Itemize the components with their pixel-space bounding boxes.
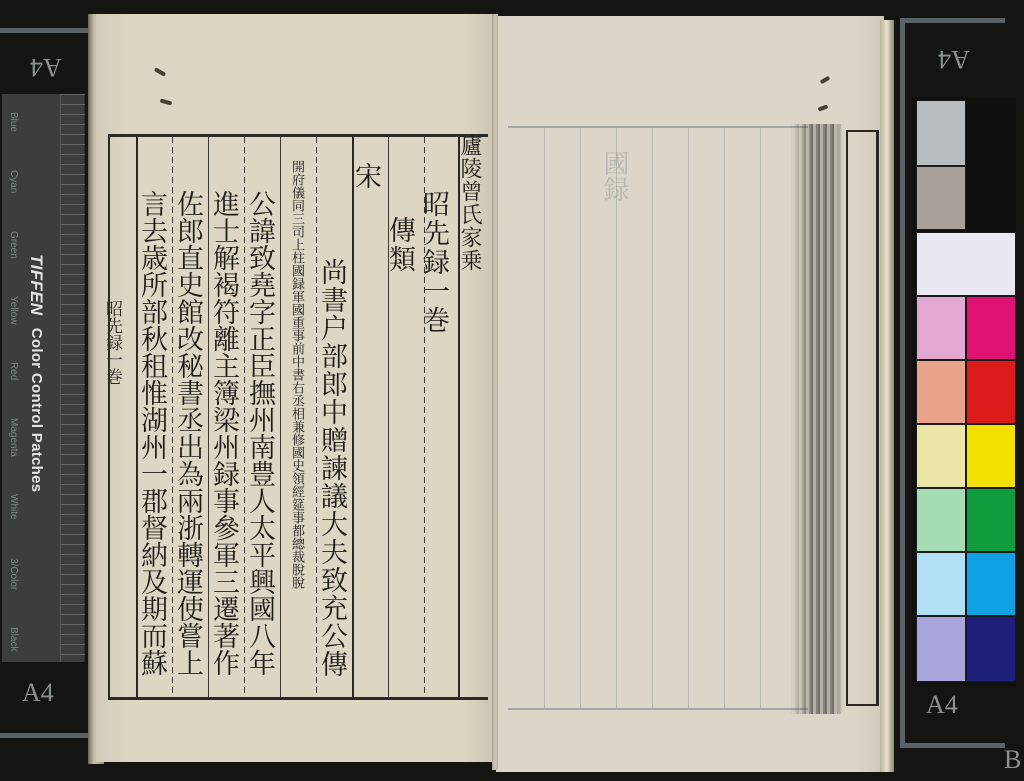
ink-smudge-edge xyxy=(790,124,844,714)
text-column-biography-title: 尚書户部郎中贈諫議大夫致充公傳 xyxy=(318,258,345,678)
a4-label-bottom-right: A4 xyxy=(926,690,958,720)
banxin-book-title: 廬陵曾氏家乗 xyxy=(454,134,485,272)
fold-chapter-label: 昭先録一巻 xyxy=(100,300,125,385)
ghost-column-rule xyxy=(580,128,581,708)
text-column-chapter: 昭先録一巻 xyxy=(420,190,447,335)
patch-label: Green xyxy=(8,231,19,259)
text-column-body-4: 言去歳所部秋租惟湖州一郡督納及期而蘇 xyxy=(138,190,165,676)
tiffen-logo: TIFFEN xyxy=(27,254,46,315)
a4-label-top-right: A4 xyxy=(938,44,970,74)
patch-lavender xyxy=(916,616,966,682)
patch-label: Yellow xyxy=(8,296,19,325)
patch-pink xyxy=(916,296,966,360)
tiffen-strip-title: Color Control Patches xyxy=(28,328,45,493)
patch-label: White xyxy=(8,494,19,520)
centimeter-ruler xyxy=(60,94,85,662)
corner-b-label: B xyxy=(1004,745,1021,775)
right-page-border-fragment xyxy=(846,130,879,706)
ghost-column-rule xyxy=(760,128,761,708)
patch-sky xyxy=(916,552,966,616)
patch-green xyxy=(966,488,1016,552)
a4-label-bottom-left: A4 xyxy=(22,678,54,708)
tiffen-title: TIFFEN Color Control Patches xyxy=(26,254,46,492)
patch-peach xyxy=(916,360,966,424)
patch-label: 3/Color xyxy=(8,558,19,590)
text-column-body-2: 進士解褐符離主簿梁州録事參軍三遷著作 xyxy=(210,190,237,676)
ghost-column-rule xyxy=(724,128,725,708)
text-column-author-credit: 開府儀同三司上柱國録軍國重事前中書右丞相兼修國史領經筵事都總裁脫脫 xyxy=(290,160,303,589)
a4-label-top-left: A4 xyxy=(30,52,62,82)
patch-pale-yellow xyxy=(916,424,966,488)
text-column-dynasty: 宋 xyxy=(352,162,379,191)
patch-navy xyxy=(966,616,1016,682)
patch-label: Cyan xyxy=(8,170,19,193)
patch-white xyxy=(916,232,1016,296)
bleed-through-frame xyxy=(508,126,808,710)
patch-light-gray xyxy=(916,100,966,166)
column-rule xyxy=(352,137,354,697)
bleed-through-text: 國録 xyxy=(596,150,633,202)
patch-warm-gray xyxy=(916,166,966,230)
ghost-column-rule xyxy=(688,128,689,708)
book-gutter xyxy=(492,14,498,770)
patch-label: Blue xyxy=(8,112,19,132)
tiffen-patch-labels: Blue Cyan Green Yellow Red Magenta White… xyxy=(8,112,19,652)
patch-mint xyxy=(916,488,966,552)
color-reference-card xyxy=(912,98,1016,686)
patch-red xyxy=(966,360,1016,424)
patch-cyan xyxy=(966,552,1016,616)
ghost-column-rule xyxy=(616,128,617,708)
text-column-body-1: 公諱致堯字正臣撫州南豊人太平興國八年 xyxy=(246,190,273,676)
patch-magenta xyxy=(966,296,1016,360)
patch-label: Magenta xyxy=(8,418,19,457)
patch-yellow xyxy=(966,424,1016,488)
patch-label: Red xyxy=(8,362,19,380)
ghost-column-rule xyxy=(544,128,545,708)
text-column-body-3: 佐郎直史館改秘書丞出為兩浙轉運使嘗上 xyxy=(174,190,201,676)
right-page-edges xyxy=(880,20,894,772)
column-rule xyxy=(280,137,281,697)
text-column-category: 傳類 xyxy=(386,216,413,274)
ghost-column-rule xyxy=(652,128,653,708)
tiffen-color-control-strip: Blue Cyan Green Yellow Red Magenta White… xyxy=(2,94,85,662)
patch-label: Black xyxy=(8,627,19,651)
